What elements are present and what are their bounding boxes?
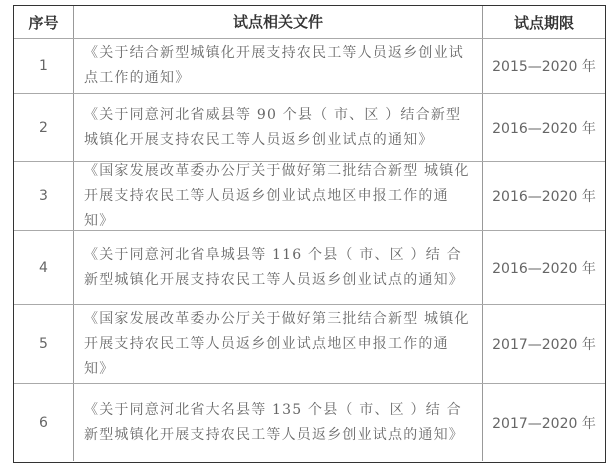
row-number: 3: [14, 162, 74, 230]
table-row: 2 《关于同意河北省威县等 90 个县（ 市、区 ）结合新型城镇化开展支持农民工…: [14, 93, 605, 161]
row-number: 1: [14, 39, 74, 93]
row-number: 4: [14, 231, 74, 304]
table-row: 6 《关于同意河北省大名县等 135 个县（ 市、区 ）结 合新型城镇化开展支持…: [14, 383, 605, 461]
row-period: 2016—2020 年: [483, 231, 605, 304]
table-row: 4 《关于同意河北省阜城县等 116 个县（ 市、区 ）结 合新型城镇化开展支持…: [14, 230, 605, 304]
row-document: 《关于同意河北省威县等 90 个县（ 市、区 ）结合新型城镇化开展支持农民工等人…: [74, 94, 483, 161]
row-period: 2015—2020 年: [483, 39, 605, 93]
header-serial-number: 序号: [14, 6, 74, 38]
row-number: 6: [14, 384, 74, 461]
row-period: 2016—2020 年: [483, 162, 605, 230]
table-row: 5 《国家发展改革委办公厅关于做好第三批结合新型 城镇化开展支持农民工等人员返乡…: [14, 304, 605, 383]
row-document: 《国家发展改革委办公厅关于做好第二批结合新型 城镇化开展支持农民工等人员返乡创业…: [74, 162, 483, 230]
row-document: 《关于同意河北省阜城县等 116 个县（ 市、区 ）结 合新型城镇化开展支持农民…: [74, 231, 483, 304]
row-period: 2017—2020 年: [483, 384, 605, 461]
table-header-row: 序号 试点相关文件 试点期限: [14, 6, 605, 38]
row-period: 2017—2020 年: [483, 305, 605, 383]
row-document: 《国家发展改革委办公厅关于做好第三批结合新型 城镇化开展支持农民工等人员返乡创业…: [74, 305, 483, 383]
header-documents: 试点相关文件: [74, 6, 483, 38]
table-row: 1 《关于结合新型城镇化开展支持农民工等人员返乡创业试点工作的通知》 2015—…: [14, 38, 605, 93]
table-row: 3 《国家发展改革委办公厅关于做好第二批结合新型 城镇化开展支持农民工等人员返乡…: [14, 161, 605, 230]
row-number: 2: [14, 94, 74, 161]
row-number: 5: [14, 305, 74, 383]
row-document: 《关于同意河北省大名县等 135 个县（ 市、区 ）结 合新型城镇化开展支持农民…: [74, 384, 483, 461]
row-document: 《关于结合新型城镇化开展支持农民工等人员返乡创业试点工作的通知》: [74, 39, 483, 93]
pilot-documents-table: 序号 试点相关文件 试点期限 1 《关于结合新型城镇化开展支持农民工等人员返乡创…: [13, 5, 606, 463]
row-period: 2016—2020 年: [483, 94, 605, 161]
header-period: 试点期限: [483, 6, 605, 38]
